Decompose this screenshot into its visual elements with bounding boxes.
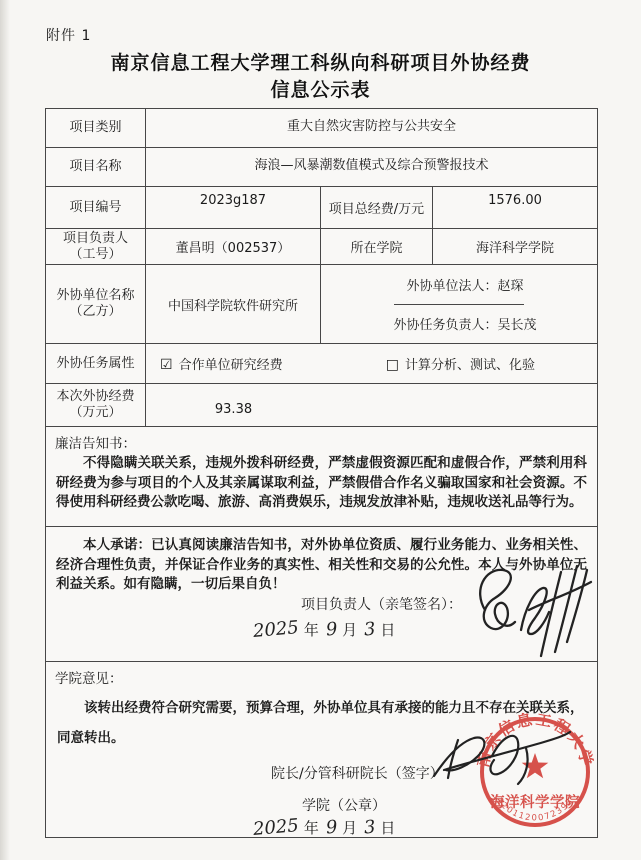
current-fund-value: 93.38 [146,384,597,426]
project-leader-label-line2: （工号） [69,247,121,263]
opinion-date-day: 3 [363,817,376,837]
row-task-attribute: 外协任务属性 ☑合作单位研究经费 □计算分析、测试、化验 [46,344,597,384]
partner-unit-label: 外协单位名称 （乙方） [46,265,146,343]
opinion-date-month: 9 [325,817,338,837]
total-budget-value: 1576.00 [433,187,597,228]
partner-task-leader: 外协任务负责人：吴长茂 [381,305,536,344]
row-project-name: 项目名称 海浪—风暴潮数值模式及综合预警报技术 [46,148,597,187]
current-fund-label: 本次外协经费 （万元） [46,384,146,426]
option-analysis-test-text: 计算分析、测试、化验 [405,358,535,373]
scanned-form-page: 附件 1 南京信息工程大学理工科纵向科研项目外协经费 信息公示表 项目类别 重大… [0,0,641,860]
leader-signature-scribble [465,560,600,660]
row-integrity-notice: 廉洁告知书： 不得隐瞒关联关系，违规外拨科研经费，严禁虚假资源匹配和虚假合作，严… [46,427,597,527]
leader-signature-label: 项目负责人（亲笔签名）： [301,594,462,614]
commitment-date-day-unit: 日 [380,621,395,639]
opinion-date-day-unit: 日 [380,819,395,837]
opinion-date: 2025年 9月 3日 [251,817,395,837]
college-opinion-title: 学院意见： [55,667,588,687]
total-budget-label: 项目总经费/万元 [321,187,433,228]
integrity-notice: 廉洁告知书： 不得隐瞒关联关系，违规外拨科研经费，严禁虚假资源匹配和虚假合作，严… [46,427,597,526]
opinion-date-month-unit: 月 [342,819,357,837]
commitment-date-year: 2025 [252,617,299,642]
dean-signature-label: 院长/分管科研院长（签字） [271,763,444,783]
project-number-value: 2023g187 [146,187,321,228]
page-title-line1: 南京信息工程大学理工科纵向科研项目外协经费 [0,50,641,77]
current-fund-label-line2: （万元） [69,405,121,421]
option-cooperation-fund: ☑合作单位研究经费 [160,354,283,373]
commitment-date-day: 3 [363,619,376,641]
project-name-label: 项目名称 [46,148,146,186]
opinion-date-year: 2025 [252,815,299,837]
commitment-date-month-unit: 月 [342,621,357,639]
row-partner-unit: 外协单位名称 （乙方） 中国科学院软件研究所 外协单位法人：赵琛 外协任务负责人… [46,265,597,344]
row-current-fund: 本次外协经费 （万元） 93.38 [46,384,597,427]
task-attribute-label: 外协任务属性 [46,344,146,383]
checkbox-unchecked-icon: □ [386,357,399,373]
integrity-notice-title: 廉洁告知书： [55,432,588,452]
opinion-date-year-unit: 年 [304,819,319,837]
college-seal-label: 学院（公章） [302,795,386,815]
row-project-leader: 项目负责人 （工号） 董昌明（002537） 所在学院 海洋科学学院 [46,229,597,265]
row-project-category: 项目类别 重大自然灾害防控与公共安全 [46,109,597,148]
partner-unit-label-line2: （乙方） [69,304,121,320]
partner-legal-person: 外协单位法人：赵琛 [394,265,523,305]
current-fund-amount: 93.38 [146,402,321,417]
checkbox-checked-icon: ☑ [160,357,173,373]
page-title: 南京信息工程大学理工科纵向科研项目外协经费 信息公示表 [0,50,641,104]
project-name-value: 海浪—风暴潮数值模式及综合预警报技术 [146,148,597,186]
project-category-value: 重大自然灾害防控与公共安全 [146,109,597,147]
page-title-line2: 信息公示表 [0,77,641,104]
partner-unit-right: 外协单位法人：赵琛 外协任务负责人：吴长茂 [321,265,597,343]
project-leader-label-line1: 项目负责人 [63,231,128,247]
option-analysis-test: □计算分析、测试、化验 [386,354,535,373]
college-label: 所在学院 [321,229,433,264]
partner-unit-label-line1: 外协单位名称 [56,288,134,304]
project-leader-value: 董昌明（002537） [146,229,321,264]
integrity-notice-body: 不得隐瞒关联关系，违规外拨科研经费，严禁虚假资源匹配和虚假合作，严禁利用科研经费… [56,454,587,513]
task-attribute-options: ☑合作单位研究经费 □计算分析、测试、化验 [146,344,597,383]
college-value: 海洋科学学院 [433,229,597,264]
row-project-number: 项目编号 2023g187 项目总经费/万元 1576.00 [46,187,597,229]
option-cooperation-fund-text: 合作单位研究经费 [179,358,283,373]
project-category-label: 项目类别 [46,109,146,147]
commitment-date-month: 9 [325,619,338,641]
commitment-date-year-unit: 年 [304,621,319,639]
dean-signature-scribble [424,718,574,803]
project-number-label: 项目编号 [46,187,146,228]
current-fund-label-line1: 本次外协经费 [56,389,134,405]
commitment-date: 2025年 9月 3日 [251,619,395,640]
project-leader-label: 项目负责人 （工号） [46,229,146,264]
attachment-label: 附件 1 [46,25,91,45]
partner-unit-value: 中国科学院软件研究所 [146,265,321,343]
